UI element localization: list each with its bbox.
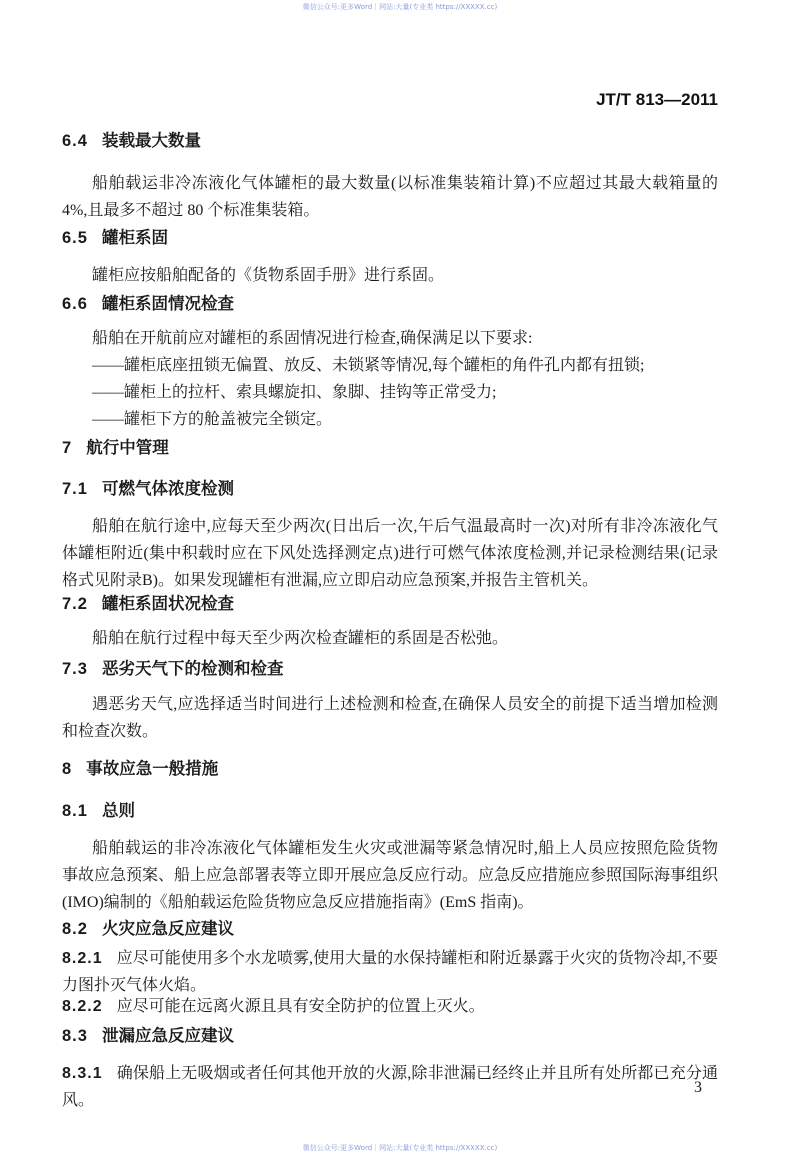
section-number: 7.3: [62, 658, 88, 680]
clause-text: 应尽可能在远离火源且具有安全防护的位置上灭火。: [117, 998, 485, 1015]
paragraph-6-5: 罐柜应按船舶配备的《货物系固手册》进行系固。: [62, 262, 718, 289]
section-heading-6-4: 6.4装载最大数量: [62, 130, 718, 152]
section-number: 8.1: [62, 800, 88, 822]
chapter-heading-8: 8事故应急一般措施: [62, 758, 718, 780]
paragraph-6-6: 船舶在开航前应对罐柜的系固情况进行检查,确保满足以下要求:: [62, 325, 718, 352]
section-title: 装载最大数量: [102, 132, 201, 150]
paragraph-6-4: 船舶载运非冷冻液化气体罐柜的最大数量(以标准集装箱计算)不应超过其最大载箱量的 …: [62, 170, 718, 224]
paragraph-7-3: 遇恶劣天气,应选择适当时间进行上述检测和检查,在确保人员安全的前提下适当增加检测…: [62, 691, 718, 745]
section-heading-7-2: 7.2罐柜系固状况检查: [62, 593, 718, 615]
section-number: 6.4: [62, 130, 88, 152]
paragraph-7-2: 船舶在航行过程中每天至少两次检查罐柜的系固是否松弛。: [62, 625, 718, 652]
page-number: 3: [694, 1078, 702, 1098]
paragraph-8-1: 船舶载运的非冷冻液化气体罐柜发生火灾或泄漏等紧急情况时,船上人员应按照危险货物事…: [62, 835, 718, 916]
dash-list-item-3: ——罐柜下方的舱盖被完全锁定。: [62, 406, 718, 433]
chapter-heading-7: 7航行中管理: [62, 437, 718, 459]
section-number: 7.2: [62, 593, 88, 615]
section-title: 罐柜系固情况检查: [102, 295, 234, 313]
watermark-top: 微信公众号:更多Word｜网站:大量(专业类 https://XXXXX.cc): [0, 3, 800, 12]
section-heading-8-3: 8.3泄漏应急反应建议: [62, 1025, 718, 1047]
section-heading-6-6: 6.6罐柜系固情况检查: [62, 293, 718, 315]
dash-list-item-1: ——罐柜底座扭锁无偏置、放反、未锁紧等情况,每个罐柜的角件孔内都有扭锁;: [62, 352, 718, 379]
chapter-title: 航行中管理: [86, 439, 169, 457]
section-number: 6.6: [62, 293, 88, 315]
section-title: 罐柜系固: [102, 229, 168, 247]
document-page: 微信公众号:更多Word｜网站:大量(专业类 https://XXXXX.cc)…: [0, 0, 800, 1164]
clause-text: 确保船上无吸烟或者任何其他开放的火源,除非泄漏已经终止并且所有处所都已充分通风。: [62, 1065, 718, 1109]
section-heading-7-1: 7.1可燃气体浓度检测: [62, 478, 718, 500]
section-title: 恶劣天气下的检测和检查: [102, 660, 284, 678]
section-number: 8.2: [62, 918, 88, 940]
section-heading-8-1: 8.1总则: [62, 800, 718, 822]
clause-number: 8.3.1: [62, 1065, 103, 1082]
section-number: 7.1: [62, 478, 88, 500]
clause-text: 应尽可能使用多个水龙喷雾,使用大量的水保持罐柜和附近暴露于火灾的货物冷却,不要力…: [62, 950, 718, 994]
section-heading-6-5: 6.5罐柜系固: [62, 227, 718, 249]
clause-number: 8.2.2: [62, 998, 103, 1015]
section-heading-8-2: 8.2火灾应急反应建议: [62, 918, 718, 940]
paragraph-7-1: 船舶在航行途中,应每天至少两次(日出后一次,午后气温最高时一次)对所有非冷冻液化…: [62, 513, 718, 594]
clause-8-3-1: 8.3.1确保船上无吸烟或者任何其他开放的火源,除非泄漏已经终止并且所有处所都已…: [62, 1060, 718, 1114]
watermark-bottom: 微信公众号:更多Word｜网站:大量(专业类 https://XXXXX.cc): [0, 1144, 800, 1153]
clause-8-2-2: 8.2.2应尽可能在远离火源且具有安全防护的位置上灭火。: [62, 993, 718, 1020]
section-title: 可燃气体浓度检测: [102, 480, 234, 498]
section-number: 6.5: [62, 227, 88, 249]
section-title: 罐柜系固状况检查: [102, 595, 234, 613]
doc-code-header: JT/T 813—2011: [596, 90, 718, 110]
dash-list-item-2: ——罐柜上的拉杆、索具螺旋扣、象脚、挂钩等正常受力;: [62, 379, 718, 406]
chapter-number: 8: [62, 758, 72, 780]
chapter-title: 事故应急一般措施: [86, 760, 218, 778]
clause-8-2-1: 8.2.1应尽可能使用多个水龙喷雾,使用大量的水保持罐柜和附近暴露于火灾的货物冷…: [62, 945, 718, 999]
chapter-number: 7: [62, 437, 72, 459]
section-title: 火灾应急反应建议: [102, 920, 234, 938]
section-heading-7-3: 7.3恶劣天气下的检测和检查: [62, 658, 718, 680]
section-title: 泄漏应急反应建议: [102, 1027, 234, 1045]
section-title: 总则: [102, 802, 135, 820]
section-number: 8.3: [62, 1025, 88, 1047]
clause-number: 8.2.1: [62, 950, 103, 967]
